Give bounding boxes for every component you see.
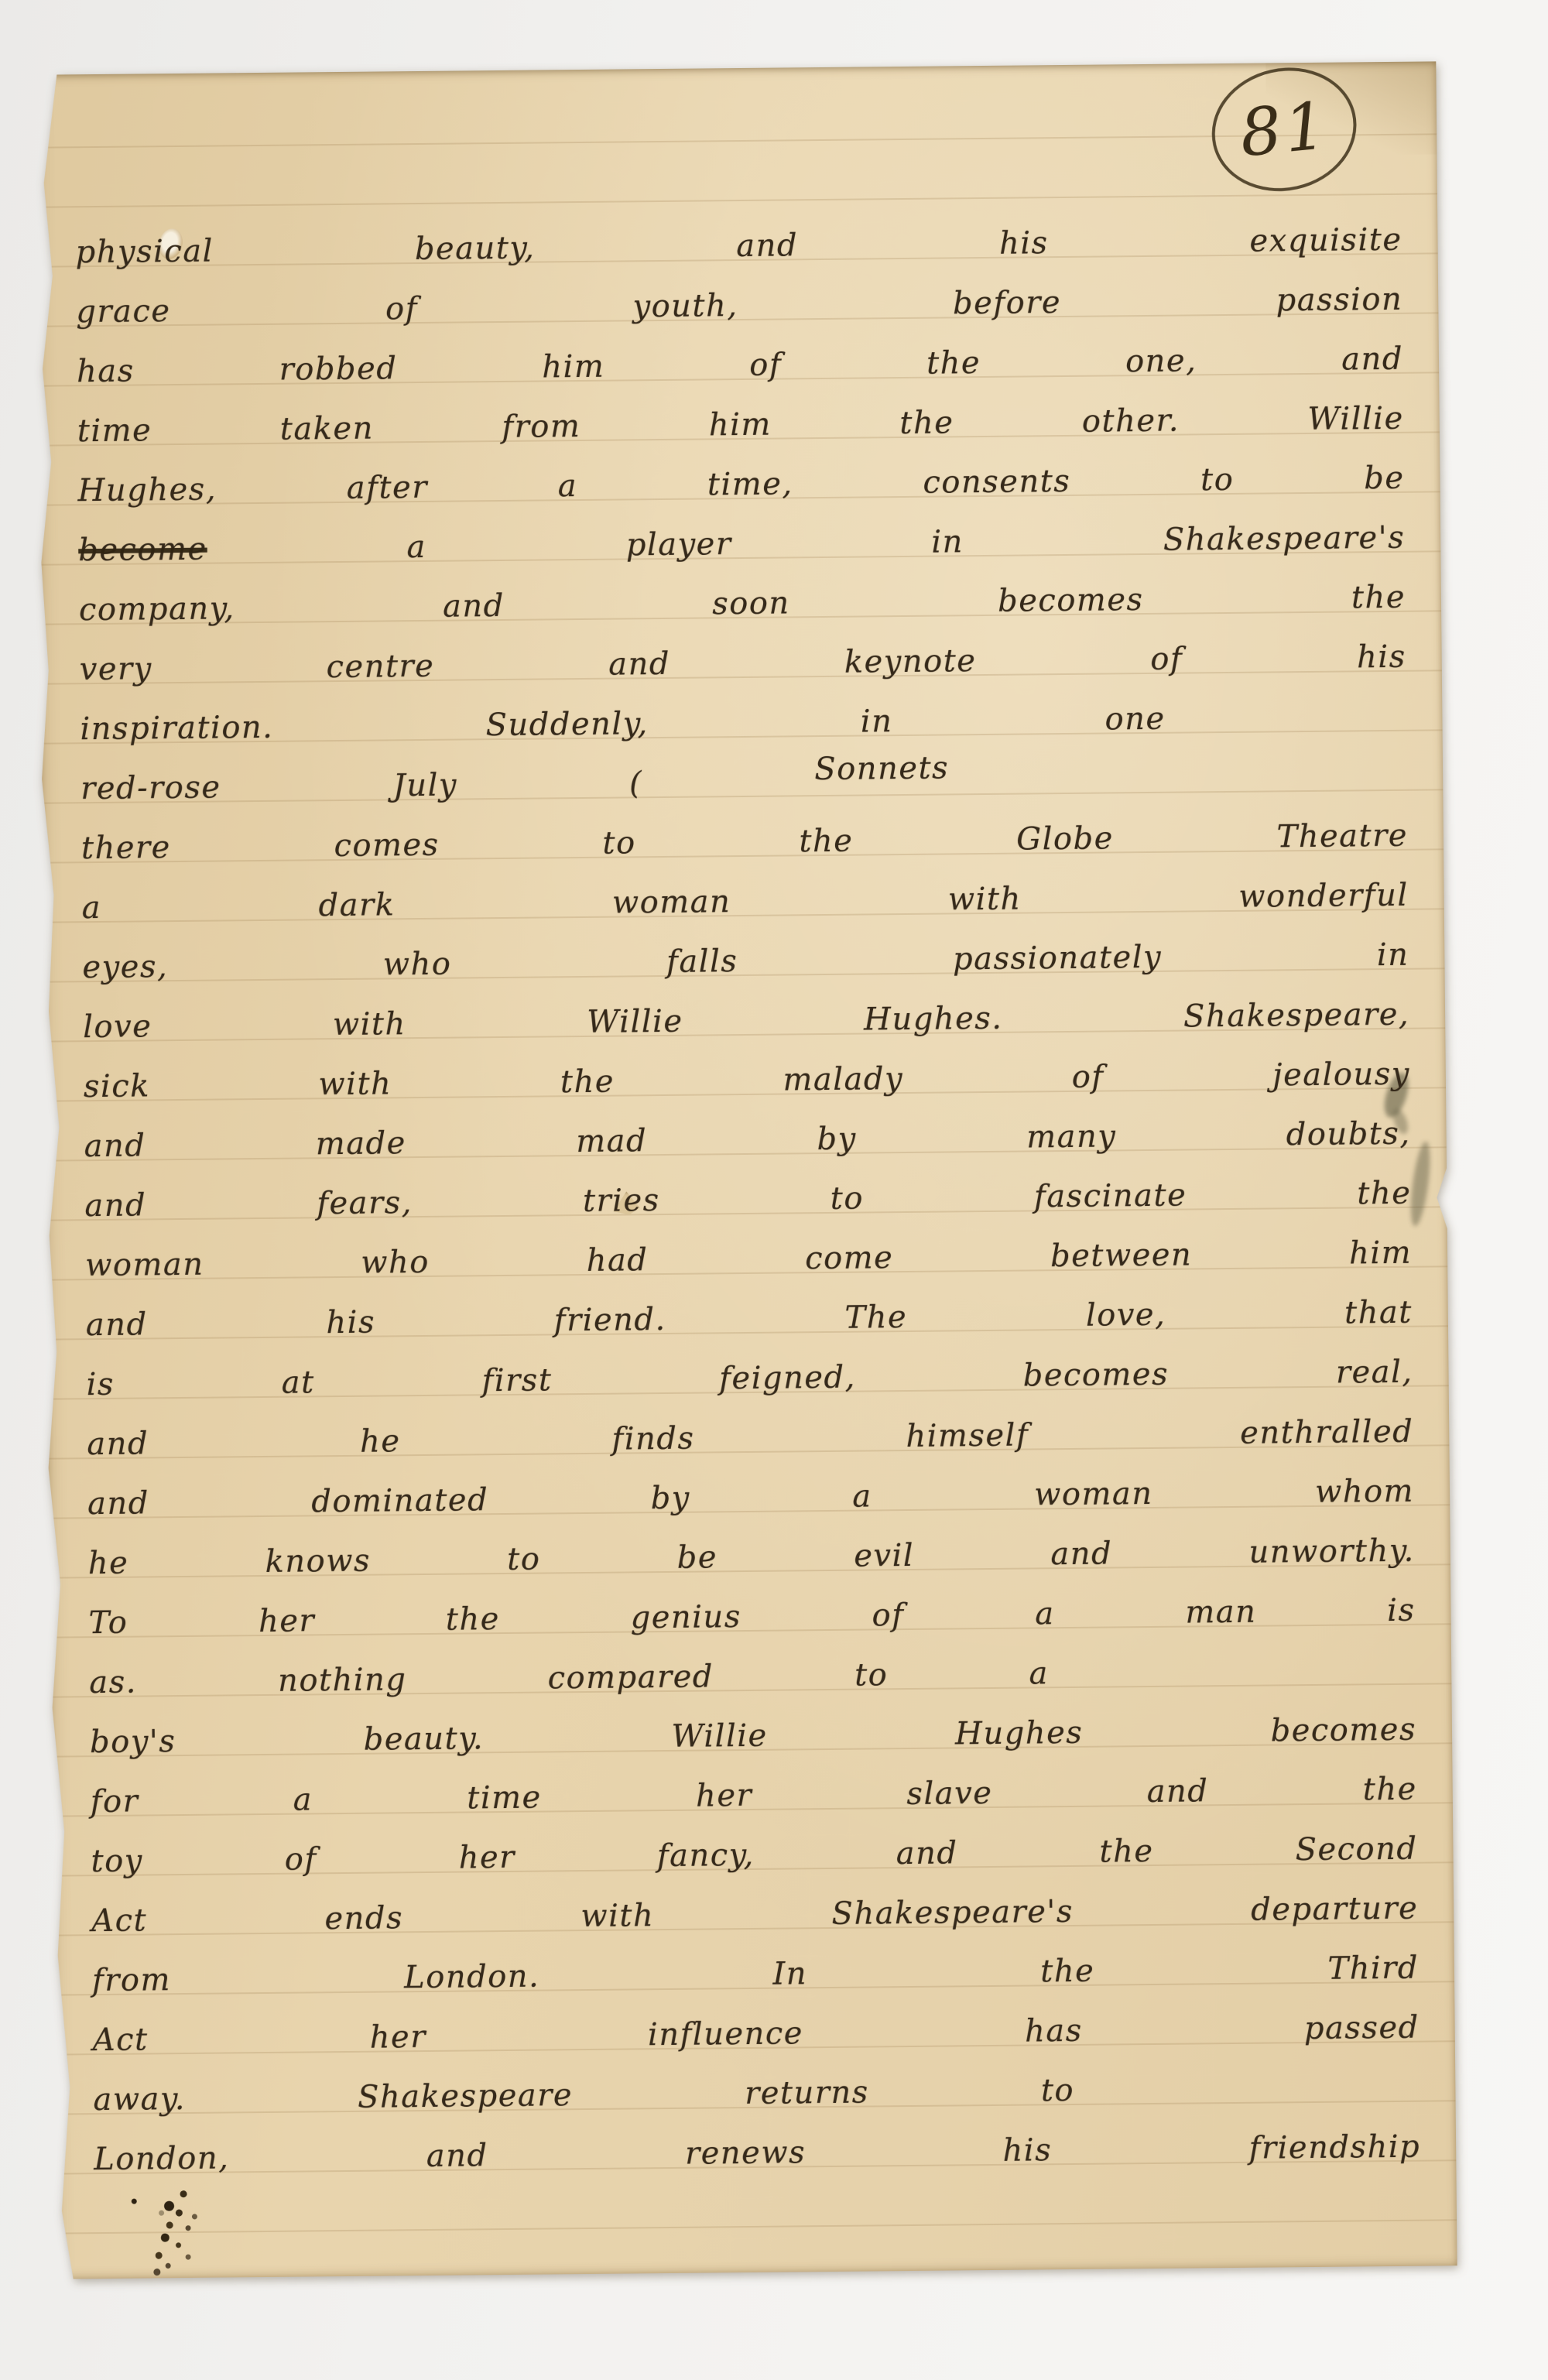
line-text: red-rose July ( [80,765,642,806]
struck-word: become [78,532,207,569]
manuscript-page-wrapper: 81 physical beauty, and his exquisite gr… [33,61,1457,2279]
manuscript-line: very centre and keynote of his [79,628,1406,700]
inserted-word: Sonnets [814,750,949,787]
manuscript-line: Act her influence has passed [92,1998,1420,2070]
manuscript-text: physical beauty, and his exquisite grace… [75,211,1420,2190]
manuscript-line: To her the genius of a man is [88,1581,1416,1653]
manuscript-page: 81 physical beauty, and his exquisite gr… [33,61,1457,2279]
manuscript-line: London, and renews his friendship [94,2118,1421,2190]
line-text: a player in Shakespeare's [406,520,1405,565]
scanned-document: { "page": { "number": "81" }, "colors": … [0,0,1548,2380]
page-number: 81 [1237,93,1331,166]
